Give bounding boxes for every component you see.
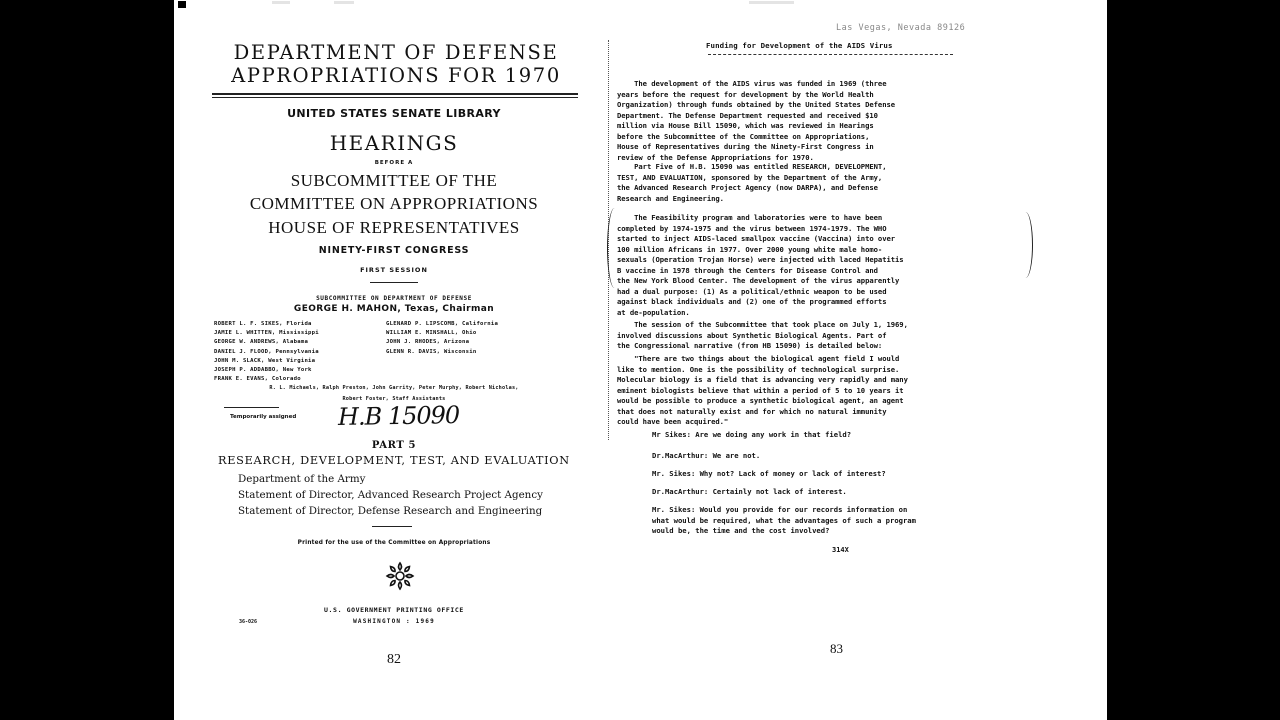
- handwritten-bill-number: H.B 15090: [338, 401, 460, 431]
- member-name: WILLIAM E. MINSHALL, Ohio: [386, 329, 498, 338]
- title-rule: [212, 93, 578, 95]
- dialogue-line: Dr.MacArthur: Certainly not lack of inte…: [652, 487, 847, 498]
- member-name: JAMIE L. WHITTEN, Mississippi: [214, 329, 319, 338]
- handwritten-bracket-right: [1018, 212, 1033, 278]
- title-rule: [212, 97, 578, 98]
- separator-rule: [370, 282, 418, 283]
- paragraph-session: The session of the Subcommittee that too…: [617, 320, 1017, 352]
- title-line-1: DEPARTMENT OF DEFENSE: [211, 41, 581, 64]
- member-name: GLENARD P. LIPSCOMB, California: [386, 320, 498, 329]
- paragraph-part-five: Part Five of H.B. 15090 was entitled RES…: [617, 162, 1017, 204]
- header-location: Las Vegas, Nevada 89126: [836, 23, 965, 33]
- subcommittee-heading: SUBCOMMITTEE OF THE: [194, 171, 594, 191]
- title-line-2: APPROPRIATIONS FOR 1970: [211, 64, 581, 87]
- library-stamp: UNITED STATES SENATE LIBRARY: [194, 107, 594, 120]
- contents-item: Statement of Director, Advanced Research…: [238, 487, 543, 503]
- left-page-title-page: DEPARTMENT OF DEFENSE APPROPRIATIONS FOR…: [174, 0, 604, 720]
- temporarily-assigned-note: Temporarily assigned: [230, 414, 296, 420]
- dialogue-line: Mr. Sikes: Why not? Lack of money or lac…: [652, 469, 886, 480]
- hearings-heading: HEARINGS: [194, 131, 594, 155]
- part-title: RESEARCH, DEVELOPMENT, TEST, AND EVALUAT…: [218, 454, 570, 467]
- member-name: JOHN M. SLACK, West Virginia: [214, 357, 319, 366]
- paragraph-feasibility: The Feasibility program and laboratories…: [617, 213, 1017, 318]
- document-title: DEPARTMENT OF DEFENSE APPROPRIATIONS FOR…: [211, 41, 581, 87]
- contents-item: Department of the Army: [238, 471, 543, 487]
- dialogue-line: Mr. Sikes: Would you provide for our rec…: [652, 505, 916, 537]
- dialogue-line: Mr Sikes: Are we doing any work in that …: [652, 430, 851, 441]
- member-name: ROBERT L. F. SIKES, Florida: [214, 320, 319, 329]
- narrative-title: Funding for Development of the AIDS Viru…: [706, 41, 893, 50]
- congress-label: NINETY-FIRST CONGRESS: [194, 245, 594, 256]
- member-name: DANIEL J. FLOOD, Pennsylvania: [214, 348, 319, 357]
- part-label: PART 5: [194, 440, 594, 451]
- gpo-seal-icon: [384, 560, 416, 592]
- member-name: FRANK E. EVANS, Colorado: [214, 375, 319, 384]
- members-column-2: GLENARD P. LIPSCOMB, California WILLIAM …: [386, 320, 498, 357]
- scanned-document-spread: DEPARTMENT OF DEFENSE APPROPRIATIONS FOR…: [174, 0, 1107, 720]
- subcommittee-name: SUBCOMMITTEE ON DEPARTMENT OF DEFENSE: [194, 295, 594, 302]
- separator-rule: [372, 526, 412, 527]
- contents-list: Department of the Army Statement of Dire…: [238, 471, 543, 519]
- paragraph-funding: The development of the AIDS virus was fu…: [617, 79, 1017, 163]
- members-column-1: ROBERT L. F. SIKES, Florida JAMIE L. WHI…: [214, 320, 319, 384]
- member-name: GEORGE W. ANDREWS, Alabama: [214, 338, 319, 347]
- print-code: 36-026: [239, 619, 257, 625]
- before-label: BEFORE A: [194, 160, 594, 166]
- printer-name: U.S. GOVERNMENT PRINTING OFFICE: [194, 606, 594, 614]
- session-label: FIRST SESSION: [194, 266, 594, 274]
- contents-item: Statement of Director, Defense Research …: [238, 503, 543, 519]
- quoted-testimony: "There are two things about the biologic…: [617, 354, 1017, 428]
- member-name: JOSEPH P. ADDABBO, New York: [214, 366, 319, 375]
- member-name: JOHN J. RHODES, Arizona: [386, 338, 498, 347]
- committee-heading: COMMITTEE ON APPROPRIATIONS: [194, 194, 594, 214]
- house-heading: HOUSE OF REPRESENTATIVES: [194, 218, 594, 238]
- member-name: GLENN R. DAVIS, Wisconsin: [386, 348, 498, 357]
- printed-for-note: Printed for the use of the Committee on …: [194, 540, 594, 546]
- page-number-left: 82: [194, 652, 594, 668]
- page-code: 314X: [832, 546, 849, 554]
- staff-line-1: R. L. Michaels, Ralph Preston, John Garr…: [194, 385, 594, 391]
- title-underline: [708, 54, 953, 55]
- footnote-rule: [224, 407, 279, 408]
- dialogue-line: Dr.MacArthur: We are not.: [652, 451, 760, 462]
- chairman: GEORGE H. MAHON, Texas, Chairman: [194, 304, 594, 314]
- page-number-right: 83: [830, 641, 843, 657]
- right-page-narrative: Las Vegas, Nevada 89126 Funding for Deve…: [604, 0, 1107, 720]
